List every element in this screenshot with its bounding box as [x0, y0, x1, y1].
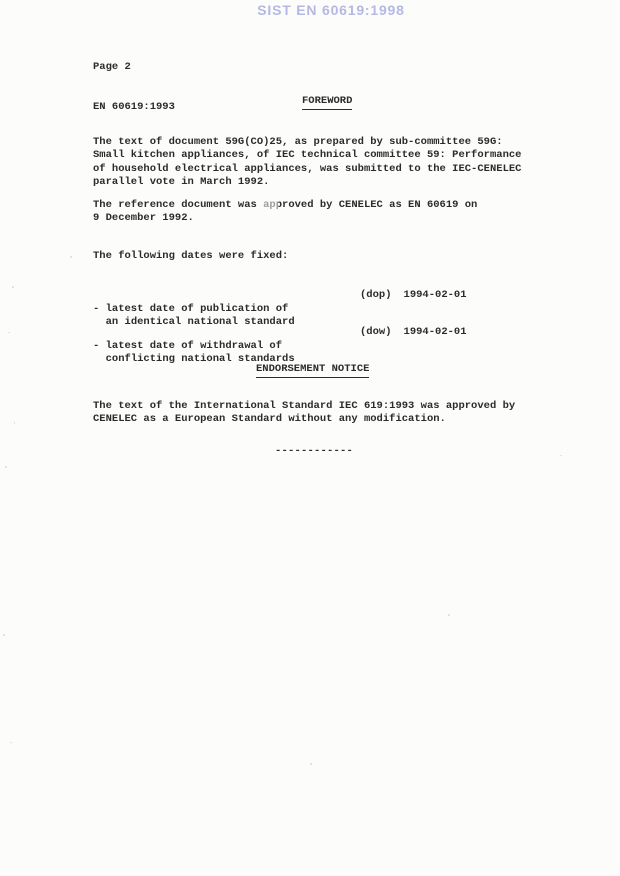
- scan-speckle: [560, 455, 562, 456]
- date-item-dow-value: (dow)1994-02-01: [360, 326, 467, 339]
- foreword-paragraph-1: The text of document 59G(CO)25, as prepa…: [93, 136, 543, 190]
- scan-speckle: [10, 742, 12, 743]
- scan-speckle: [12, 286, 14, 288]
- foreword-heading: FOREWORD: [302, 95, 352, 110]
- standard-reference: EN 60619:1993: [93, 101, 175, 114]
- scan-speckle: [3, 634, 5, 636]
- foreword-paragraph-2: The reference document was approved by C…: [93, 199, 543, 226]
- scan-speckle: [8, 332, 10, 333]
- date-code-dow: (dow): [360, 326, 392, 338]
- date-code-dop: (dop): [360, 289, 392, 301]
- watermark-text: SIST EN 60619:1998: [21, 2, 620, 18]
- scan-speckle: [5, 466, 7, 468]
- scan-speckle: [448, 614, 450, 616]
- date-value-dop: 1994-02-01: [404, 289, 467, 301]
- endorsement-heading: ENDORSEMENT NOTICE: [256, 363, 369, 378]
- date-item-dow: - latest date of withdrawal of conflicti…: [93, 313, 543, 407]
- date-value-dow: 1994-02-01: [404, 326, 467, 338]
- dates-intro-line: The following dates were fixed:: [93, 250, 543, 263]
- date-item-dop-value: (dop)1994-02-01: [360, 289, 467, 302]
- scan-speckle: [310, 763, 312, 765]
- page-number-label: Page 2: [93, 61, 175, 74]
- divider-dashes: ------------: [275, 445, 353, 458]
- scan-speckle: [70, 256, 72, 258]
- scan-speckle: [14, 422, 15, 424]
- page-header: Page 2 EN 60619:1993: [93, 34, 175, 141]
- document-page: SIST EN 60619:1998 Page 2 EN 60619:1993 …: [0, 0, 620, 876]
- endorsement-paragraph: The text of the International Standard I…: [93, 400, 543, 427]
